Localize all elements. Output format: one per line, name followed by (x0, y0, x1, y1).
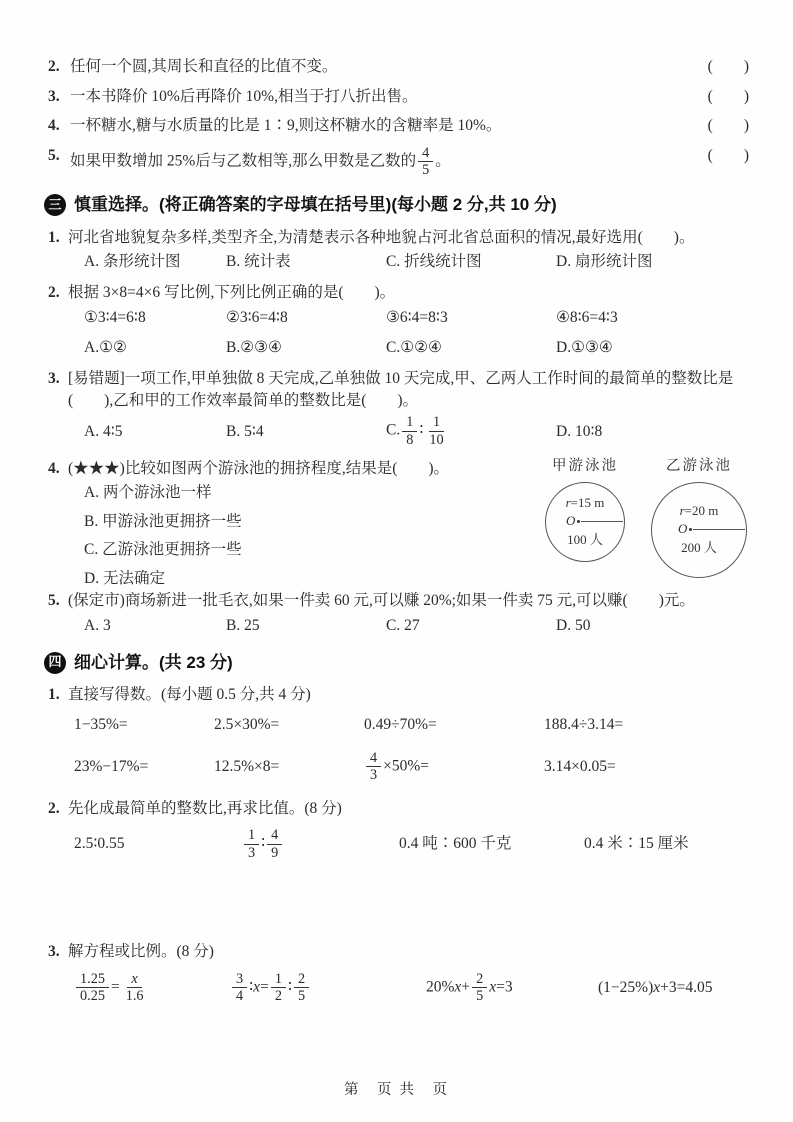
calc3-row: 1.250.25=x1.6 34∶x=12∶25 20%x+25x=3 (1−2… (74, 971, 749, 1005)
judge-item-5: 5. 如果甲数增加 25%后与乙数相等,那么甲数是乙数的45。 ( ) (48, 145, 749, 179)
item-number: 3. (48, 941, 68, 963)
ratio-colon: ∶ (288, 978, 292, 995)
calc2-label: 先化成最简单的整数比,再求比值。(8 分) (68, 798, 342, 820)
section-3-badge-icon: 三 (44, 194, 66, 216)
item-number: 2. (48, 798, 68, 820)
ratio-expression: 0.4 吨∶600 千克 (399, 833, 584, 855)
question-number: 1. (48, 227, 68, 249)
fraction-numerator: 2 (294, 971, 309, 988)
fraction-denominator: 5 (294, 988, 309, 1004)
expression: 12.5%×8= (214, 756, 364, 778)
calc2-row: 2.5∶0.55 13∶49 0.4 吨∶600 千克 0.4 米∶15 厘米 (74, 827, 749, 861)
question-number: 5. (48, 590, 68, 612)
question-stem: 河北省地貌复杂多样,类型齐全,为清楚表示各种地貌占河北省总面积的情况,最好选用(… (68, 227, 749, 249)
fraction-numerator: 4 (267, 827, 282, 844)
section-4-heading: 四 细心计算。(共 23 分) (44, 651, 749, 675)
pool-a-circle: r=15 m O 100 人 (545, 482, 625, 562)
fraction-denominator: 10 (425, 432, 447, 448)
option-a: A. 条形统计图 (84, 251, 226, 273)
fraction-numerator: 1 (429, 414, 444, 431)
judge-item-3: 3. 一本书降价 10%后再降价 10%,相当于打八折出售。 ( ) (48, 86, 749, 108)
answer-bracket: ( ) (700, 115, 749, 137)
option-d: D.①③④ (556, 337, 749, 359)
equation-3: 20%x+25x=3 (426, 971, 598, 1005)
fraction-numerator: 2 (472, 971, 487, 988)
option-d: D. 10∶8 (556, 421, 749, 443)
option-c-label: C. (386, 422, 400, 439)
center-label: O (678, 520, 687, 538)
fraction: 25 (472, 971, 487, 1005)
pool-b-title: 乙游泳池 (651, 456, 747, 476)
answer-bracket: ( ) (700, 56, 749, 78)
radius-line (581, 521, 623, 522)
fraction-denominator: 1.6 (122, 988, 148, 1004)
choice-q4-block: 4. (★★★)比较如图两个游泳池的拥挤程度,结果是( )。 A. 两个游泳池一… (48, 458, 749, 590)
question-stem: [易错题]一项工作,甲单独做 8 天完成,乙单独做 10 天完成,甲、乙两人工作… (68, 368, 749, 411)
equation-4: (1−25%)x+3=4.05 (598, 977, 749, 999)
option-c: C.18∶110 (386, 414, 556, 448)
proportion-4: ④8∶6=4∶3 (556, 307, 749, 329)
choice-q5-options: A. 3 B. 25 C. 27 D. 50 (84, 615, 749, 637)
fraction: 49 (267, 827, 282, 861)
item-number: 4. (48, 115, 70, 137)
calc1-label-row: 1. 直接写得数。(每小题 0.5 分,共 4 分) (48, 684, 749, 706)
item-text: 一杯糖水,糖与水质量的比是 1∶9,则这杯糖水的含糖率是 10%。 (70, 115, 700, 137)
calc2-label-row: 2. 先化成最简单的整数比,再求比值。(8 分) (48, 798, 749, 820)
question-number: 2. (48, 282, 68, 304)
section-4-title: 细心计算。(共 23 分) (74, 651, 233, 675)
judge-item-4: 4. 一杯糖水,糖与水质量的比是 1∶9,则这杯糖水的含糖率是 10%。 ( ) (48, 115, 749, 137)
expression: 188.4÷3.14= (544, 714, 749, 736)
expression: 43×50%= (364, 750, 544, 784)
center-label: O (566, 512, 575, 530)
proportion-2: ②3∶6=4∶8 (226, 307, 386, 329)
fraction: 18 (402, 414, 417, 448)
ratio-expression: 0.4 米∶15 厘米 (584, 833, 749, 855)
fraction-numerator: 3 (232, 971, 247, 988)
expression: 0.49÷70%= (364, 714, 544, 736)
fraction-numerator: 1.25 (76, 971, 109, 988)
fraction: 43 (366, 750, 381, 784)
page-footer: 第 页 共 页 (0, 1080, 793, 1100)
fraction-denominator: 3 (244, 845, 259, 861)
proportion-1: ①3∶4=6∶8 (84, 307, 226, 329)
expression: 23%−17%= (74, 756, 214, 778)
question-stem: 根据 3×8=4×6 写比例,下列比例正确的是( )。 (68, 282, 749, 304)
fraction: 110 (425, 414, 447, 448)
calc3-label: 解方程或比例。(8 分) (68, 941, 214, 963)
fraction-numerator: 1 (271, 971, 286, 988)
calc1-row-2: 23%−17%= 12.5%×8= 43×50%= 3.14×0.05= (74, 750, 749, 784)
pool-b-center: O (652, 520, 746, 538)
pool-b-figure: 乙游泳池 r=20 m O 200 人 (651, 456, 747, 577)
expression: 3.14×0.05= (544, 756, 749, 778)
equals-sign: = (111, 978, 120, 995)
equation-1: 1.250.25=x1.6 (74, 971, 230, 1005)
fraction-denominator: 5 (472, 988, 487, 1004)
choice-q3-options: A. 4∶5 B. 5∶4 C.18∶110 D. 10∶8 (84, 414, 749, 448)
fraction: 34 (232, 971, 247, 1005)
option-b: B. 统计表 (226, 251, 386, 273)
center-dot-icon (689, 528, 692, 531)
option-a: A. 4∶5 (84, 421, 226, 443)
fraction: 12 (271, 971, 286, 1005)
fraction: x1.6 (122, 971, 148, 1005)
calc1-row-1: 1−35%= 2.5×30%= 0.49÷70%= 188.4÷3.14= (74, 714, 749, 736)
fraction: 25 (294, 971, 309, 1005)
pool-a-radius-label: r=15 m (566, 494, 605, 512)
ratio-expression: 13∶49 (242, 827, 399, 861)
choice-q1-options: A. 条形统计图 B. 统计表 C. 折线统计图 D. 扇形统计图 (84, 251, 749, 273)
fraction-denominator: 5 (418, 162, 433, 178)
option-d: D. 50 (556, 615, 749, 637)
page-footer-text: 第 页 共 页 (344, 1082, 449, 1098)
exam-page: 2. 任何一个圆,其周长和直径的比值不变。 ( ) 3. 一本书降价 10%后再… (0, 0, 793, 1073)
swimming-pool-figure: 甲游泳池 r=15 m O 100 人 乙游泳池 r=20 m O 200 人 (545, 456, 747, 577)
pool-a-count: 100 人 (567, 531, 603, 549)
fraction: 1.250.25 (76, 971, 109, 1005)
option-a: A. 3 (84, 615, 226, 637)
pool-a-title: 甲游泳池 (545, 456, 625, 476)
item-number: 1. (48, 684, 68, 706)
answer-bracket: ( ) (700, 145, 749, 167)
item-text: 如果甲数增加 25%后与乙数相等,那么甲数是乙数的45。 (70, 145, 700, 179)
radius-line (693, 529, 745, 530)
option-b: B. 5∶4 (226, 421, 386, 443)
judge-item-2: 2. 任何一个圆,其周长和直径的比值不变。 ( ) (48, 56, 749, 78)
fraction: 13 (244, 827, 259, 861)
option-d: D. 扇形统计图 (556, 251, 749, 273)
item-text-pre: 如果甲数增加 25%后与乙数相等,那么甲数是乙数的 (70, 153, 416, 170)
fraction-numerator: 1 (244, 827, 259, 844)
work-space (48, 875, 749, 941)
item-number: 5. (48, 145, 70, 167)
question-number: 3. (48, 368, 68, 390)
pool-a-figure: 甲游泳池 r=15 m O 100 人 (545, 456, 625, 561)
fraction-denominator: 9 (267, 845, 282, 861)
fraction-numerator: x (127, 971, 141, 988)
section-4-badge-icon: 四 (44, 652, 66, 674)
choice-q2-options: A.①② B.②③④ C.①②④ D.①③④ (84, 337, 749, 359)
fraction-denominator: 8 (402, 432, 417, 448)
fraction-denominator: 3 (366, 767, 381, 783)
item-text-post: 。 (435, 153, 451, 170)
question-number: 4. (48, 458, 68, 480)
item-text: 一本书降价 10%后再降价 10%,相当于打八折出售。 (70, 86, 700, 108)
section-3-title: 慎重选择。(将正确答案的字母填在括号里)(每小题 2 分,共 10 分) (74, 193, 557, 217)
fraction-denominator: 4 (232, 988, 247, 1004)
choice-q2-proportions: ①3∶4=6∶8 ②3∶6=4∶8 ③6∶4=8∶3 ④8∶6=4∶3 (84, 307, 749, 329)
option-b: B.②③④ (226, 337, 386, 359)
choice-q3: 3. [易错题]一项工作,甲单独做 8 天完成,乙单独做 10 天完成,甲、乙两… (48, 368, 749, 411)
equation-2: 34∶x=12∶25 (230, 971, 426, 1005)
fraction-denominator: 0.25 (76, 988, 109, 1004)
ratio-colon: ∶ (261, 835, 265, 852)
equals-sign: = (260, 978, 269, 995)
item-number: 3. (48, 86, 70, 108)
proportion-3: ③6∶4=8∶3 (386, 307, 556, 329)
center-dot-icon (577, 520, 580, 523)
choice-q2: 2. 根据 3×8=4×6 写比例,下列比例正确的是( )。 (48, 282, 749, 304)
answer-bracket: ( ) (700, 86, 749, 108)
expression: 2.5×30%= (214, 714, 364, 736)
section-3-heading: 三 慎重选择。(将正确答案的字母填在括号里)(每小题 2 分,共 10 分) (44, 193, 749, 217)
item-text: 任何一个圆,其周长和直径的比值不变。 (70, 56, 700, 78)
work-space (48, 1019, 749, 1073)
fraction-denominator: 2 (271, 988, 286, 1004)
plus-sign: + (461, 978, 470, 995)
expression: 1−35%= (74, 714, 214, 736)
pool-b-radius-label: r=20 m (680, 502, 719, 520)
ratio-expression: 2.5∶0.55 (74, 833, 242, 855)
calc1-label: 直接写得数。(每小题 0.5 分,共 4 分) (68, 684, 311, 706)
choice-q1: 1. 河北省地貌复杂多样,类型齐全,为清楚表示各种地貌占河北省总面积的情况,最好… (48, 227, 749, 249)
option-c: C. 折线统计图 (386, 251, 556, 273)
fraction-numerator: 4 (366, 750, 381, 767)
option-c: C. 27 (386, 615, 556, 637)
fraction: 45 (418, 145, 433, 179)
judgement-section: 2. 任何一个圆,其周长和直径的比值不变。 ( ) 3. 一本书降价 10%后再… (48, 56, 749, 179)
fraction-numerator: 1 (402, 414, 417, 431)
ratio-colon: ∶ (419, 422, 423, 439)
pool-a-center: O (546, 512, 624, 530)
pool-b-count: 200 人 (681, 539, 717, 557)
calc3-label-row: 3. 解方程或比例。(8 分) (48, 941, 749, 963)
question-stem: (保定市)商场新进一批毛衣,如果一件卖 60 元,可以赚 20%;如果一件卖 7… (68, 590, 749, 612)
fraction-numerator: 4 (418, 145, 433, 162)
item-number: 2. (48, 56, 70, 78)
choice-q5: 5. (保定市)商场新进一批毛衣,如果一件卖 60 元,可以赚 20%;如果一件… (48, 590, 749, 612)
option-b: B. 25 (226, 615, 386, 637)
option-c: C.①②④ (386, 337, 556, 359)
pool-b-circle: r=20 m O 200 人 (651, 482, 747, 578)
option-a: A.①② (84, 337, 226, 359)
